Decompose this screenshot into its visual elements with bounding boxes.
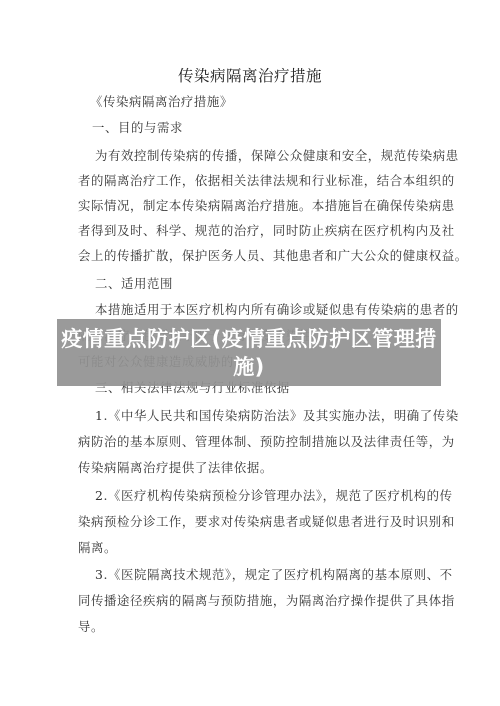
list-item-line: 隔离。 — [78, 538, 117, 556]
list-item-line: 传染病隔离治疗提供了法律依据。 — [78, 458, 273, 476]
section-heading-purpose: 一、目的与需求 — [92, 118, 183, 136]
overlay-title-text: 疫情重点防护区(疫情重点防护区管理措施) — [57, 325, 441, 381]
paragraph-line: 本措施适用于本医疗机构内所有确诊或疑似患有传染病的患者的 — [95, 300, 459, 318]
list-item-line: 病防治的基本原则、管理体制、预防控制措施以及法律责任等，为 — [78, 432, 455, 450]
document-title: 传染病隔离治疗措施 — [0, 64, 500, 86]
paragraph-line: 实际情况，制定本传染病隔离治疗措施。本措施旨在确保传染病患 — [78, 196, 455, 214]
section-heading-scope: 二、适用范围 — [95, 274, 173, 292]
paragraph-line: 者的隔离治疗工作，依据相关法律法规和行业标准，结合本组织的 — [78, 171, 455, 189]
list-item-line: 同传播途径疾病的隔离与预防措施，为隔离治疗操作提供了具体指 — [78, 591, 455, 609]
document-subtitle: 《传染病隔离治疗措施》 — [90, 92, 233, 110]
document-page: 传染病隔离治疗措施 《传染病隔离治疗措施》 一、目的与需求 为有效控制传染病的传… — [0, 0, 500, 706]
overlay-title-banner: 疫情重点防护区(疫情重点防护区管理措施) — [57, 319, 441, 386]
list-item-line: 3.《医院隔离技术规范》，规定了医疗机构隔离的基本原则、不 — [95, 565, 453, 583]
list-item-line: 1.《中华人民共和国传染病防治法》及其实施办法，明确了传染 — [95, 406, 459, 424]
list-item-line: 染病预检分诊工作，要求对传染病患者或疑似患者进行及时识别和 — [78, 512, 455, 530]
paragraph-line: 者得到及时、科学、规范的治疗，同时防止疾病在医疗机构内及社 — [78, 221, 455, 239]
list-item-line: 导。 — [78, 617, 104, 635]
paragraph-line: 会上的传播扩散，保护医务人员、其他患者和广大公众的健康权益。 — [78, 246, 468, 264]
list-item-line: 2.《医疗机构传染病预检分诊管理办法》，规范了医疗机构的传 — [95, 486, 453, 504]
paragraph-line: 为有效控制传染病的传播，保障公众健康和安全，规范传染病患 — [95, 146, 459, 164]
